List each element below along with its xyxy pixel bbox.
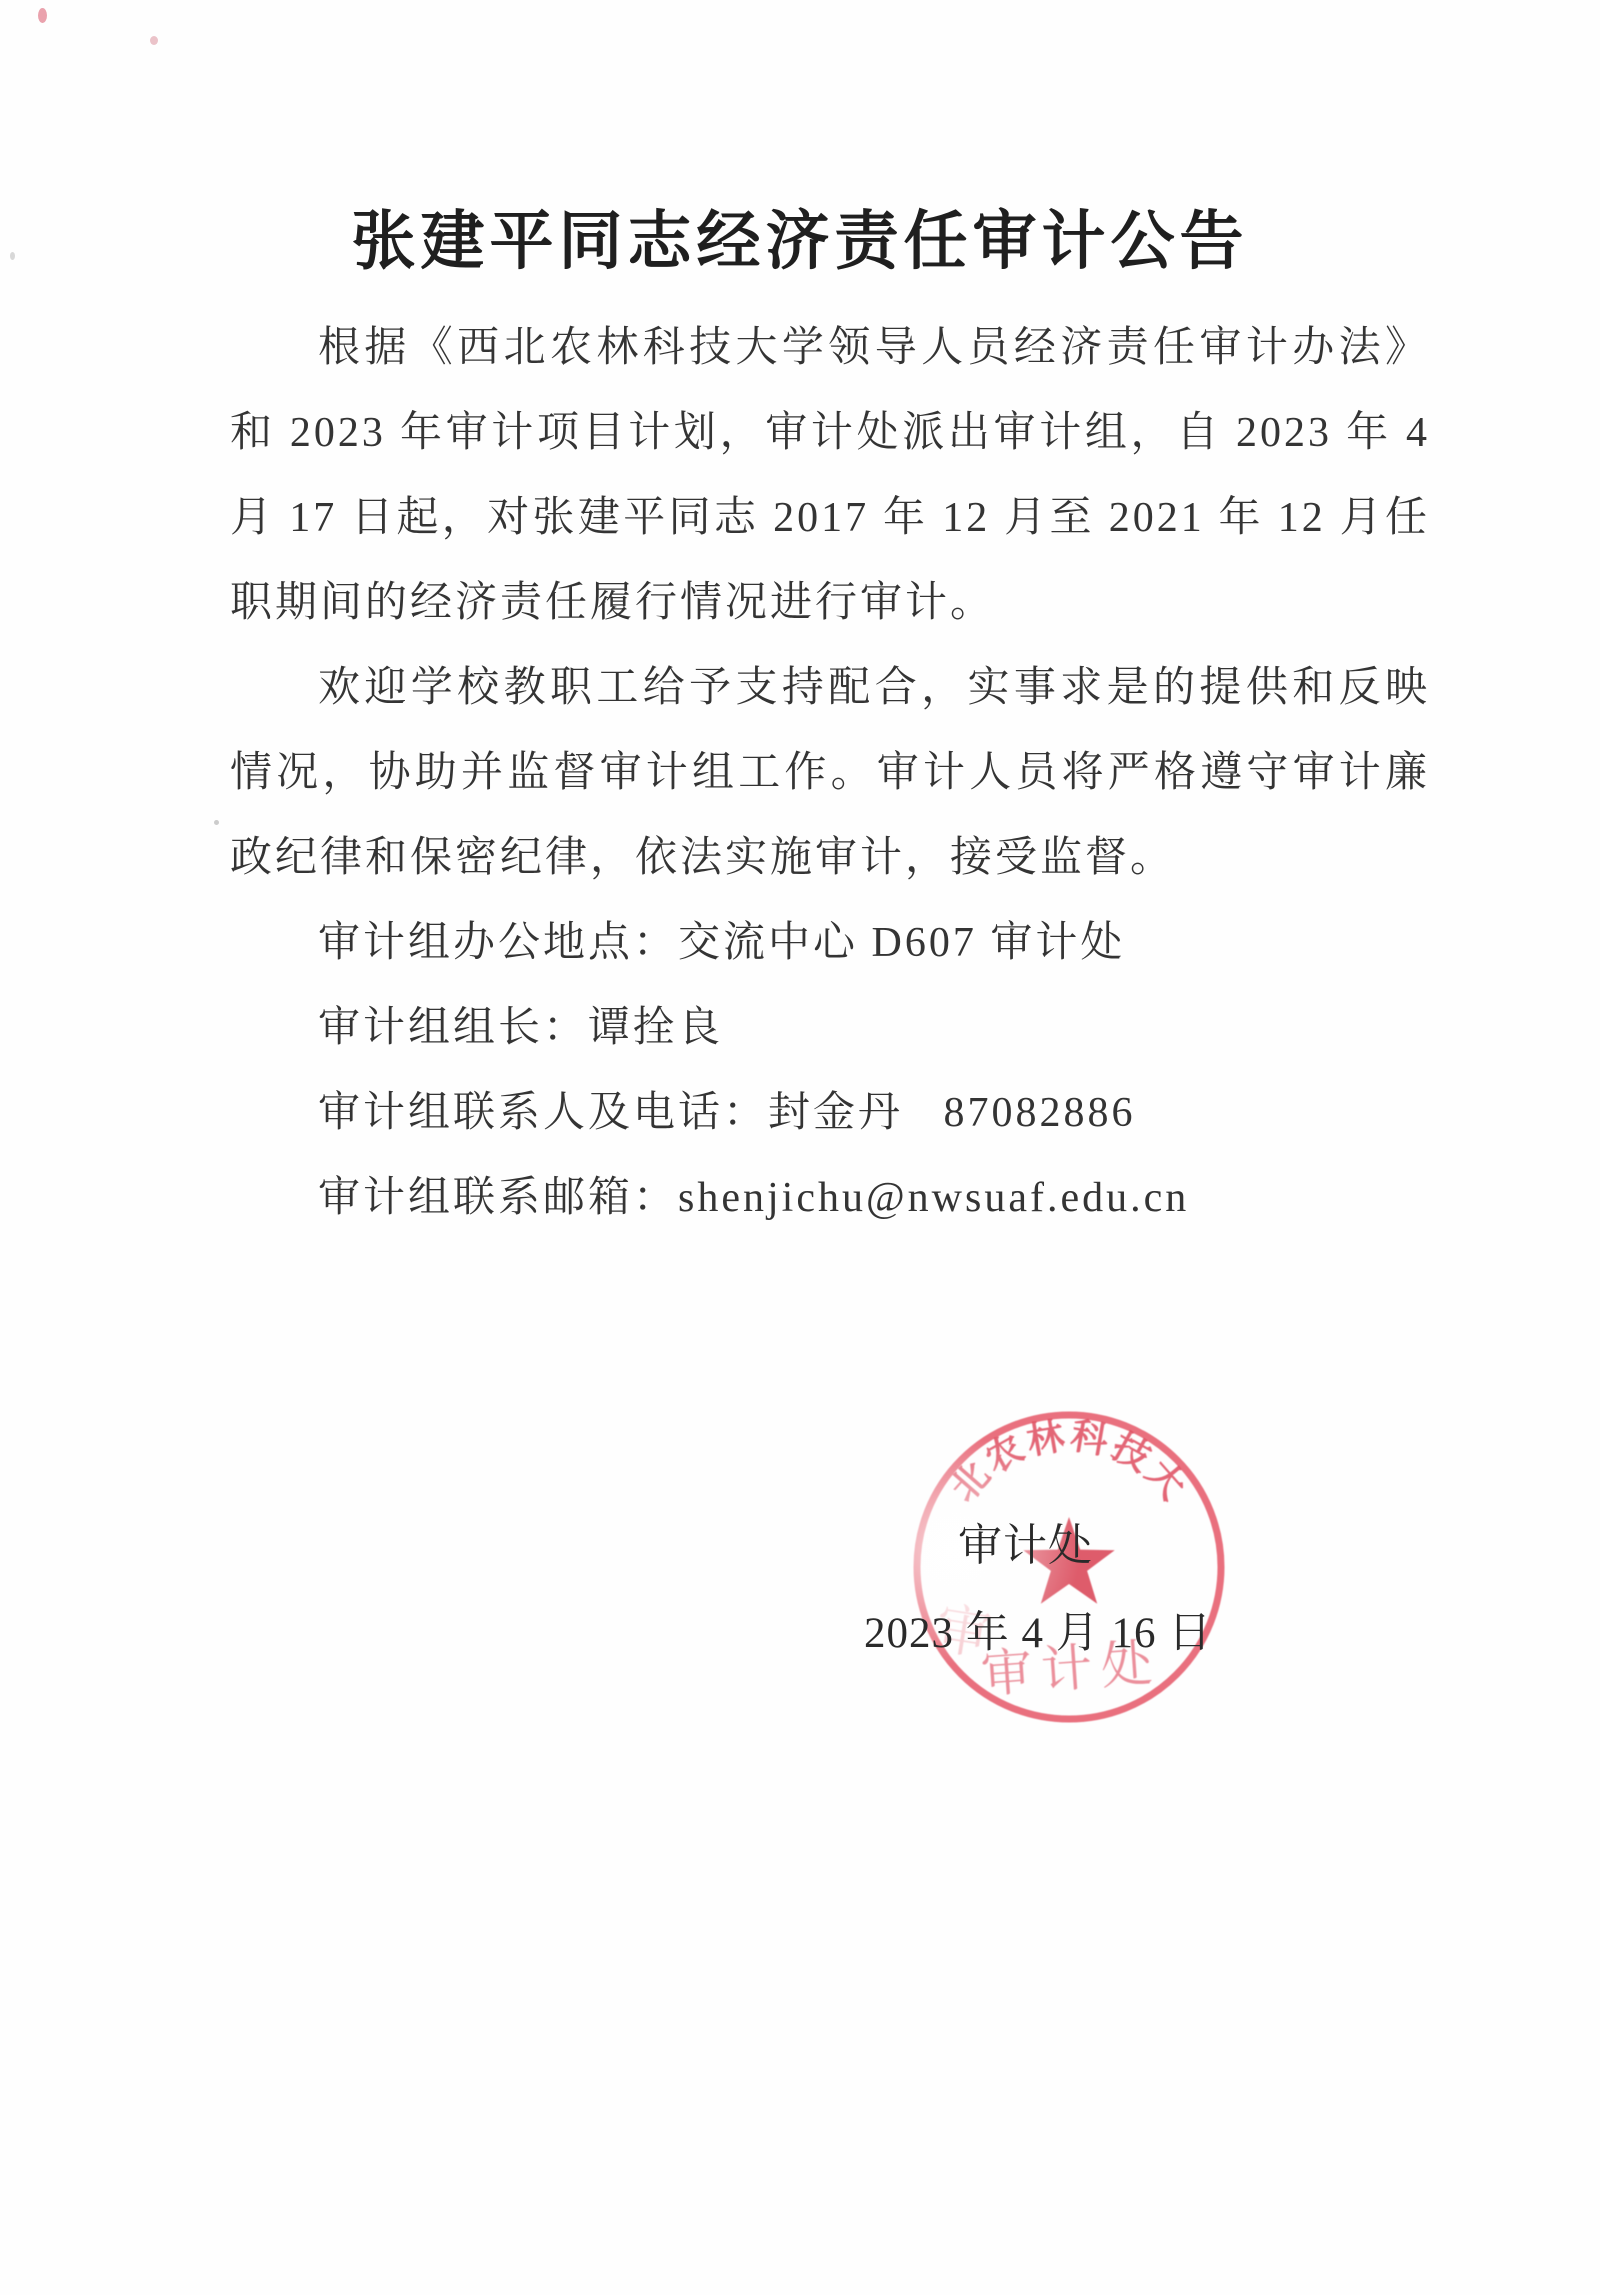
body-line: 根据《西北农林科技大学领导人员经济责任审计办法》 <box>230 306 1430 391</box>
scanned-document-page: 张建平同志经济责任审计公告 根据《西北农林科技大学领导人员经济责任审计办法》 和… <box>0 0 1600 2295</box>
body-line: 和 2023 年审计项目计划，审计处派出审计组，自 2023 年 4 <box>230 391 1430 476</box>
body-line: 月 17 日起，对张建平同志 2017 年 12 月至 2021 年 12 月任 <box>230 476 1430 561</box>
body-line-team-leader: 审计组组长：谭拴良 <box>230 986 1430 1071</box>
ink-speck <box>38 8 47 23</box>
signature-department: 审计处 <box>958 1520 1093 1572</box>
seal-university-name: 西北农林科技大学 <box>905 1403 1196 1510</box>
document-body: 根据《西北农林科技大学领导人员经济责任审计办法》 和 2023 年审计项目计划，… <box>230 306 1430 1241</box>
seal-university-name-text: 西北农林科技大学 <box>905 1403 1196 1510</box>
ink-speck <box>214 820 219 825</box>
signature-date: 2023 年 4 月 16 日 <box>864 1608 1212 1660</box>
ink-speck <box>150 36 158 45</box>
body-line: 欢迎学校教职工给予支持配合，实事求是的提供和反映 <box>230 646 1430 731</box>
body-line: 职期间的经济责任履行情况进行审计。 <box>230 561 1430 646</box>
body-line-contact-email: 审计组联系邮箱：shenjichu@nwsuaf.edu.cn <box>230 1156 1430 1241</box>
body-line-office-location: 审计组办公地点：交流中心 D607 审计处 <box>230 901 1430 986</box>
body-line-contact-phone: 审计组联系人及电话：封金丹 87082886 <box>230 1071 1430 1156</box>
body-line: 情况，协助并监督审计组工作。审计人员将严格遵守审计廉 <box>230 731 1430 816</box>
page-title: 张建平同志经济责任审计公告 <box>0 192 1600 292</box>
body-line: 政纪律和保密纪律，依法实施审计，接受监督。 <box>230 816 1430 901</box>
